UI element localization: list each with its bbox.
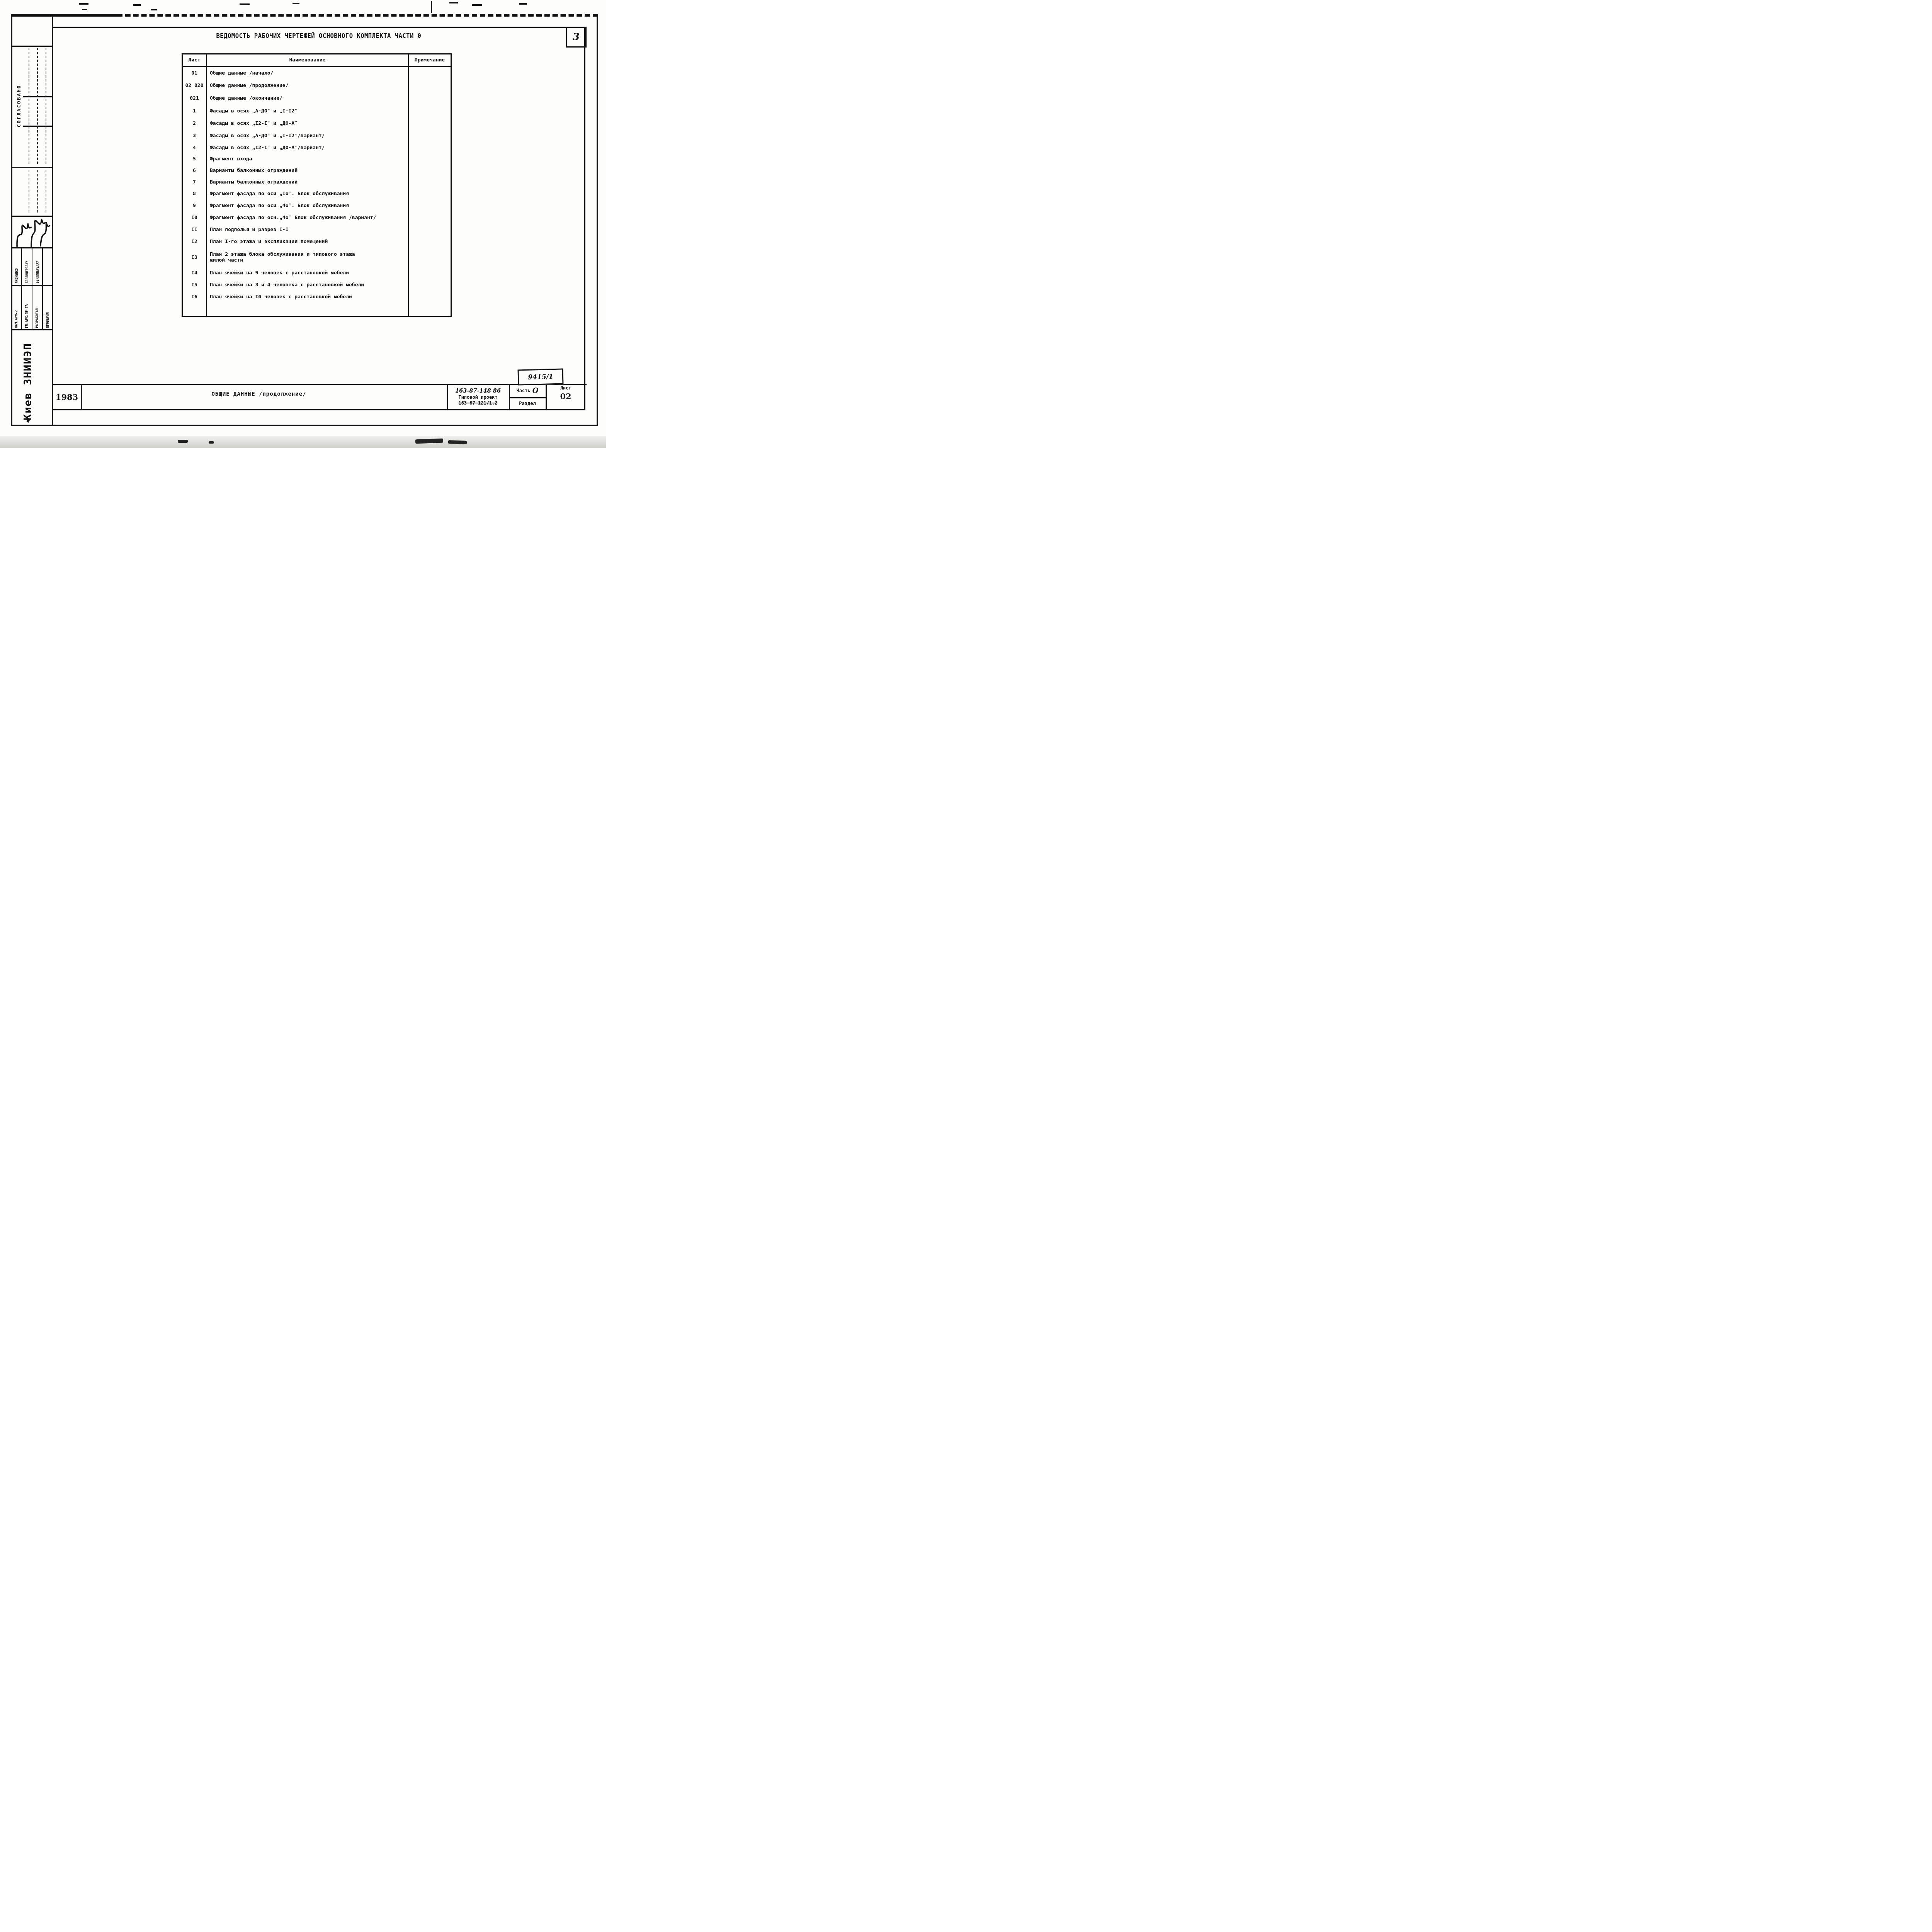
cell-sheet: 1	[183, 105, 207, 117]
table-row: 2Фасады в осях „I2-I′ и „ДО-А″	[183, 117, 451, 129]
scan-mark	[519, 3, 527, 5]
page-number-box: 3	[566, 27, 587, 48]
sidebar-divider	[11, 167, 53, 168]
handwritten-signatures	[12, 213, 52, 248]
document-title: ОБЩИЕ ДАННЫЕ /продолжение/	[93, 391, 425, 397]
stamp-person-name: ЛЯДЧЕНКО	[14, 248, 20, 283]
cell-note	[409, 105, 451, 117]
cell-note	[409, 129, 451, 142]
table-row: I3План 2 этажа блока обслуживания и типо…	[183, 248, 451, 267]
cell-sheet: I4	[183, 267, 207, 279]
cell-note	[409, 224, 451, 236]
col-header-note: Примечание	[409, 54, 451, 66]
stamp-person-name: БЕРЛИНЕРБЛАУ	[34, 248, 41, 283]
table-row: 9Фрагмент фасада по оси „4о″. Блок обслу…	[183, 200, 451, 212]
scanned-drawing-sheet: СОГЛАСОВАНО НАЧ.АРМ-2 ГЛ.АРХ.ПР-ТА РАЗРА…	[0, 0, 606, 448]
cell-sheet: 021	[183, 92, 207, 105]
table-row: I2План I-го этажа и экспликация помещени…	[183, 236, 451, 248]
cell-name: Общие данные /начало/	[207, 67, 409, 79]
cell-sheet: I3	[183, 248, 207, 267]
cell-note	[409, 79, 451, 92]
table-row: 5Фрагмент входа	[183, 153, 451, 165]
cell-sheet: I0	[183, 212, 207, 224]
cell-name: Общие данные /окончание/	[207, 92, 409, 105]
cell-sheet: 4	[183, 142, 207, 153]
cell-sheet: I6	[183, 291, 207, 303]
cell-sheet: I5	[183, 279, 207, 291]
drawing-register-table: Лист Наименование Примечание 01Общие дан…	[182, 53, 452, 317]
cell-name: План ячейки на 9 человек с расстановкой …	[207, 267, 409, 279]
cell-sheet: 01	[183, 67, 207, 79]
stamp-divider	[21, 247, 22, 329]
table-row: I5План ячейки на 3 и 4 человека с расста…	[183, 279, 451, 291]
cell-name: Фрагмент фасада по осн.„4о″ Блок обслужи…	[207, 212, 409, 224]
stamp-role-label: РАЗРАБОТАЛ	[34, 286, 41, 328]
signature-ruling	[37, 48, 38, 164]
cell-note	[409, 188, 451, 200]
cell-note	[409, 165, 451, 176]
table-row-empty	[183, 303, 451, 316]
scan-mark	[448, 440, 467, 444]
signature-ruling	[37, 170, 38, 213]
sidebar-divider	[11, 46, 53, 47]
stamp-divider	[42, 247, 43, 329]
table-row: 021Общие данные /окончание/	[183, 92, 451, 105]
table-row: 6Варианты балконных ограждений	[183, 165, 451, 176]
scan-mark	[472, 4, 482, 6]
cell-sheet: II	[183, 224, 207, 236]
cell-sheet: I2	[183, 236, 207, 248]
part-label: Часть	[517, 388, 531, 393]
sheet-border-top-dashed	[117, 14, 598, 17]
approved-stamp-label: СОГЛАСОВАНО	[14, 49, 23, 162]
cell-note	[409, 236, 451, 248]
titleblock-divider	[81, 384, 82, 410]
cell-name: Фрагмент фасада по оси „Iо″. Блок обслуж…	[207, 188, 409, 200]
signature-ruling	[29, 170, 29, 213]
scan-mark	[209, 441, 214, 444]
cell-note	[409, 176, 451, 188]
table-row: IIПлан подполья и разрез I-I	[183, 224, 451, 236]
scan-mark	[178, 440, 188, 443]
cell-note	[409, 212, 451, 224]
table-body: 01Общие данные /начало/ 02 020Общие данн…	[183, 67, 451, 316]
cell-name	[207, 303, 409, 316]
stamp-role-label: НАЧ.АРМ-2	[13, 286, 20, 328]
cell-sheet: 7	[183, 176, 207, 188]
scan-mark	[82, 9, 87, 10]
scan-mark	[133, 4, 141, 6]
stamp-role-label: ГЛ.АРХ.ПР-ТА	[23, 286, 31, 328]
table-row: 01Общие данные /начало/	[183, 67, 451, 79]
cell-note	[409, 92, 451, 105]
section-label: Раздел	[519, 401, 536, 406]
scan-mark	[293, 3, 299, 4]
cell-note	[409, 303, 451, 316]
scan-mark	[240, 3, 250, 5]
cell-name: Варианты балконных ограждений	[207, 176, 409, 188]
cell-name: Общие данные /продолжение/	[207, 79, 409, 92]
table-row: 02 020Общие данные /продолжение/	[183, 79, 451, 92]
table-row: 7Варианты балконных ограждений	[183, 176, 451, 188]
scan-mark	[151, 9, 157, 10]
torn-paper-edge	[0, 436, 606, 448]
cell-note	[409, 117, 451, 129]
cell-name: План ячейки на I0 человек с расстановкой…	[207, 291, 409, 303]
cell-name: План 2 этажа блока обслуживания и типово…	[207, 248, 409, 267]
signature-ruling	[46, 170, 46, 213]
organization-name: Киев ЗНИИЭП	[21, 331, 35, 420]
cell-note	[409, 248, 451, 267]
project-code: 163-87-148 86	[455, 388, 501, 395]
sidebar-divider	[11, 329, 53, 330]
cell-note	[409, 279, 451, 291]
cell-note	[409, 67, 451, 79]
cell-name: Фрагмент входа	[207, 153, 409, 165]
signature-ruling	[29, 48, 29, 164]
signature-ruling	[46, 48, 46, 164]
cell-sheet: 2	[183, 117, 207, 129]
sheet-number-cell: Лист 02	[547, 385, 585, 410]
table-row: I4План ячейки на 9 человек с расстановко…	[183, 267, 451, 279]
cell-sheet: 3	[183, 129, 207, 142]
sheet-border-top	[11, 14, 117, 17]
table-row: 8Фрагмент фасада по оси „Iо″. Блок обслу…	[183, 188, 451, 200]
scan-mark	[79, 3, 88, 5]
stamp-role-label: ПРОВЕРИЛ	[44, 286, 52, 328]
part-cell: Часть О	[510, 385, 545, 396]
cell-name: Фасады в осях „А-ДО″ и „I-I2″/вариант/	[207, 129, 409, 142]
col-header-name: Наименование	[207, 54, 409, 66]
cell-sheet: 6	[183, 165, 207, 176]
cell-note	[409, 267, 451, 279]
cell-name: План подполья и разрез I-I	[207, 224, 409, 236]
cell-sheet: 02 020	[183, 79, 207, 92]
superseded-project-code: 163-87-121/1.2	[458, 400, 497, 406]
cell-name: Фрагмент фасада по оси „4о″. Блок обслуж…	[207, 200, 409, 212]
table-row: 3Фасады в осях „А-ДО″ и „I-I2″/вариант/	[183, 129, 451, 142]
table-row: 1Фасады в осях „А-ДО″ и „I-I2″	[183, 105, 451, 117]
stamp-person-name: БЕРЛИНЕРБЛАУ	[24, 248, 30, 283]
cell-name: План I-го этажа и экспликация помещений	[207, 236, 409, 248]
cell-name: Варианты балконных ограждений	[207, 165, 409, 176]
scan-mark	[415, 439, 443, 444]
table-row: I0Фрагмент фасада по осн.„4о″ Блок обслу…	[183, 212, 451, 224]
cell-name: Фасады в осях „I2-I′ и „ДО-А″	[207, 117, 409, 129]
part-value: О	[532, 387, 539, 395]
sheet-number-value: 02	[560, 391, 571, 401]
table-row: 4Фасады в осях „I2-I″ и „ДО-А″/вариант/	[183, 142, 451, 153]
cell-name: План ячейки на 3 и 4 человека с расстано…	[207, 279, 409, 291]
cell-note	[409, 142, 451, 153]
year-box: 1983	[52, 384, 82, 410]
sidebar-divider	[23, 96, 53, 97]
sheet-title: ВЕДОМОСТЬ РАБОЧИХ ЧЕРТЕЖЕЙ ОСНОВНОГО КОМ…	[185, 32, 453, 39]
cell-note	[409, 153, 451, 165]
cell-name: Фасады в осях „А-ДО″ и „I-I2″	[207, 105, 409, 117]
cell-sheet: 9	[183, 200, 207, 212]
project-code-cell: 163-87-148 86 Типовой проект 163-87-121/…	[448, 384, 508, 409]
scan-mark	[431, 1, 432, 13]
table-header-row: Лист Наименование Примечание	[183, 54, 451, 67]
sidebar-divider	[23, 126, 53, 127]
cell-sheet: 8	[183, 188, 207, 200]
scan-mark	[449, 2, 458, 3]
col-header-sheet: Лист	[183, 54, 207, 66]
table-row: I6План ячейки на I0 человек с расстановк…	[183, 291, 451, 303]
cell-sheet: 5	[183, 153, 207, 165]
project-type-label: Типовой проект	[458, 395, 497, 400]
cell-name: Фасады в осях „I2-I″ и „ДО-А″/вариант/	[207, 142, 409, 153]
section-cell: Раздел	[510, 398, 545, 409]
stamp-divider	[32, 247, 32, 329]
cell-note	[409, 291, 451, 303]
sheet-number-label: Лист	[560, 385, 571, 391]
cell-note	[409, 200, 451, 212]
inventory-number-box: 9415/1	[517, 368, 563, 385]
cell-sheet	[183, 303, 207, 316]
